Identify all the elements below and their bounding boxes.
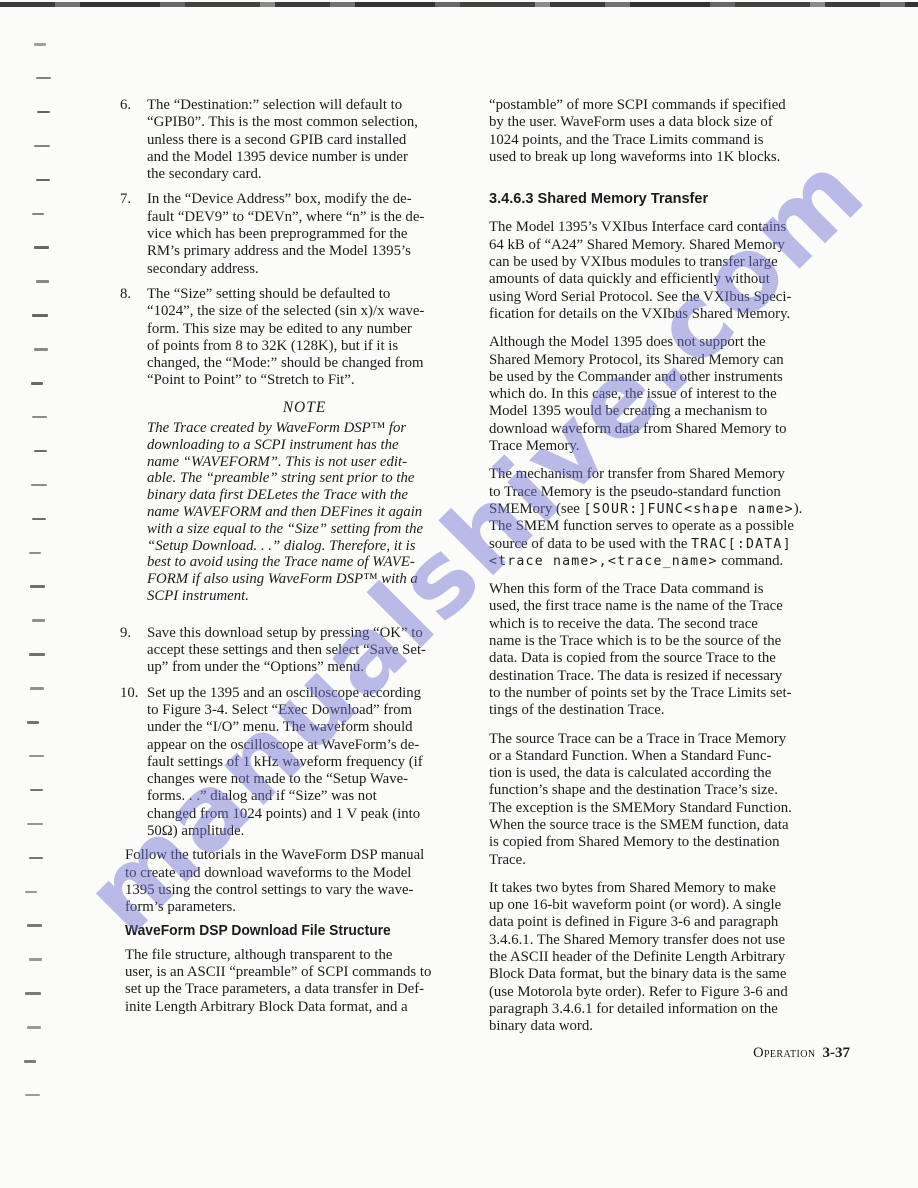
text-line: Shared Memory Protocol, its Shared Memor… bbox=[489, 352, 857, 369]
text-segment: forms. . .” dialog and if “Size” was not bbox=[147, 788, 377, 804]
list-item-text: The “Destination:” selection will defaul… bbox=[147, 97, 465, 183]
text-line: or a Standard Function. When a Standard … bbox=[489, 748, 857, 765]
scpi-code: <trace name>,<trace_name> bbox=[489, 554, 718, 569]
text-segment: “GPIB0”. This is the most common selecti… bbox=[147, 114, 418, 130]
text-segment: to Figure 3-4. Select “Exec Download” fr… bbox=[147, 702, 412, 718]
binding-mark bbox=[31, 484, 47, 487]
text-line: When this form of the Trace Data command… bbox=[489, 581, 857, 598]
text-segment: of points from 8 to 32K (128K), but if i… bbox=[147, 338, 398, 354]
binding-mark bbox=[25, 891, 37, 894]
text-line: Set up the 1395 and an oscilloscope acco… bbox=[147, 685, 465, 702]
text-segment: 64 kB of “A24” Shared Memory. Shared Mem… bbox=[489, 237, 785, 253]
text-line: the secondary card. bbox=[147, 166, 465, 183]
text-segment: used, the first trace name is the name o… bbox=[489, 598, 783, 614]
text-segment: amounts of data quickly and efficiently … bbox=[489, 271, 770, 287]
text-line: of points from 8 to 32K (128K), but if i… bbox=[147, 338, 465, 355]
binding-mark bbox=[34, 43, 46, 46]
text-line: download waveform data from Shared Memor… bbox=[489, 421, 857, 438]
text-segment: It takes two bytes from Shared Memory to… bbox=[489, 880, 776, 896]
paragraph: “postamble” of more SCPI commands if spe… bbox=[489, 97, 857, 166]
text-segment: fication for details on the VXIbus Share… bbox=[489, 306, 790, 322]
text-line: form. This size may be edited to any num… bbox=[147, 321, 465, 338]
text-line: Follow the tutorials in the WaveForm DSP… bbox=[125, 847, 465, 864]
text-line: 50Ω) amplitude. bbox=[147, 823, 465, 840]
paragraph: The mechanism for transfer from Shared M… bbox=[489, 466, 857, 570]
text-line: amounts of data quickly and efficiently … bbox=[489, 271, 857, 288]
text-line: The mechanism for transfer from Shared M… bbox=[489, 466, 857, 483]
text-line: appear on the oscilloscope at WaveForm’s… bbox=[147, 737, 465, 754]
text-line: The exception is the SMEMory Standard Fu… bbox=[489, 800, 857, 817]
text-line: which is to receive the data. The second… bbox=[489, 616, 857, 633]
text-line: best to avoid using the Trace name of WA… bbox=[147, 554, 465, 571]
text-segment: data. Data is copied from the source Tra… bbox=[489, 650, 776, 666]
text-line: function’s shape and the destination Tra… bbox=[489, 782, 857, 799]
text-segment: paragraph 3.4.6.1 for detailed informati… bbox=[489, 1001, 778, 1017]
list-item-number: 10. bbox=[120, 685, 147, 841]
list-item-number: 8. bbox=[120, 286, 147, 390]
text-segment: ). bbox=[794, 501, 803, 517]
left-column: 6.The “Destination:” selection will defa… bbox=[100, 97, 465, 1016]
text-segment: Trace. bbox=[489, 852, 526, 868]
text-segment: source of data to be used with the bbox=[489, 536, 691, 552]
binding-mark bbox=[27, 1026, 41, 1029]
text-line: be used by the Commander and other instr… bbox=[489, 369, 857, 386]
text-line: inite Length Arbitrary Block Data format… bbox=[125, 999, 465, 1016]
text-segment: Follow the tutorials in the WaveForm DSP… bbox=[125, 847, 424, 863]
text-line: fication for details on the VXIbus Share… bbox=[489, 306, 857, 323]
binding-mark bbox=[29, 552, 41, 555]
text-segment: the ASCII header of the Definite Length … bbox=[489, 949, 785, 965]
text-line: binary data first DELetes the Trace with… bbox=[147, 487, 465, 504]
text-segment: and the Model 1395 device number is unde… bbox=[147, 149, 408, 165]
text-segment: which is to receive the data. The second… bbox=[489, 616, 758, 632]
binding-mark bbox=[30, 585, 45, 588]
text-line: unless there is a second GPIB card insta… bbox=[147, 132, 465, 149]
text-line: 1395 using the control settings to vary … bbox=[125, 882, 465, 899]
text-segment: binary data first DELetes the Trace with… bbox=[147, 487, 408, 503]
scanned-manual-page: { "watermark": { "text": "manualshive.co… bbox=[0, 0, 918, 1188]
binding-mark bbox=[32, 518, 46, 521]
text-segment: The Trace created by WaveForm DSP™ for bbox=[147, 420, 406, 436]
paragraph: Follow the tutorials in the WaveForm DSP… bbox=[125, 847, 465, 916]
text-line: to Trace Memory is the pseudo-standard f… bbox=[489, 484, 857, 501]
text-line: form’s parameters. bbox=[125, 899, 465, 916]
text-line: which do. In this case, the issue of int… bbox=[489, 386, 857, 403]
text-line: with a size equal to the “Size” setting … bbox=[147, 521, 465, 538]
binding-mark bbox=[34, 348, 48, 351]
text-line: secondary address. bbox=[147, 261, 465, 278]
text-line: 1024 points, and the Trace Limits comman… bbox=[489, 132, 857, 149]
text-line: downloading to a SCPI instrument has the bbox=[147, 437, 465, 454]
text-segment: “1024”, the size of the selected (sin x)… bbox=[147, 303, 424, 319]
text-segment: “Setup Download. . .” dialog. Therefore,… bbox=[147, 538, 416, 554]
text-segment: Save this download setup by pressing “OK… bbox=[147, 625, 423, 641]
footer-section-label: Operation bbox=[753, 1045, 815, 1061]
list-item-text: In the “Device Address” box, modify the … bbox=[147, 191, 465, 277]
binding-mark bbox=[36, 280, 49, 283]
text-segment: Shared Memory Protocol, its Shared Memor… bbox=[489, 352, 784, 368]
text-segment: NOTE bbox=[283, 399, 327, 416]
text-segment: changes were not made to the “Setup Wave… bbox=[147, 771, 408, 787]
binding-mark bbox=[29, 857, 43, 860]
text-segment: to Trace Memory is the pseudo-standard f… bbox=[489, 484, 781, 500]
paragraph: The source Trace can be a Trace in Trace… bbox=[489, 731, 857, 869]
text-segment: The source Trace can be a Trace in Trace… bbox=[489, 731, 786, 747]
text-segment: Model 1395 would be creating a mechanism… bbox=[489, 403, 767, 419]
text-segment: appear on the oscilloscope at WaveForm’s… bbox=[147, 737, 419, 753]
text-line: RM’s primary address and the Model 1395’… bbox=[147, 243, 465, 260]
paragraph: When this form of the Trace Data command… bbox=[489, 581, 857, 719]
text-line: source of data to be used with the TRAC[… bbox=[489, 536, 857, 553]
text-line: set up the Trace parameters, a data tran… bbox=[125, 981, 465, 998]
section-heading: 3.4.6.3 Shared Memory Transfer bbox=[489, 190, 846, 207]
text-segment: The “Size” setting should be defaulted t… bbox=[147, 286, 390, 302]
list-item-number: 7. bbox=[120, 191, 147, 277]
text-segment: SMEMory (see bbox=[489, 501, 584, 517]
text-segment: using Word Serial Protocol. See the VXIb… bbox=[489, 289, 791, 305]
text-segment: secondary address. bbox=[147, 261, 259, 277]
text-line: 3.4.6.1. The Shared Memory transfer does… bbox=[489, 932, 857, 949]
text-line: under the “I/O” menu. The waveform shoul… bbox=[147, 719, 465, 736]
scpi-code: TRAC[:DATA] bbox=[691, 537, 792, 552]
scan-edge-line bbox=[0, 2, 918, 7]
text-line: Trace. bbox=[489, 852, 857, 869]
text-segment: destination Trace. The data is resized i… bbox=[489, 668, 782, 684]
text-segment: tion is used, the data is calculated acc… bbox=[489, 765, 771, 781]
text-segment: with a size equal to the “Size” setting … bbox=[147, 521, 423, 537]
text-line: 64 kB of “A24” Shared Memory. Shared Mem… bbox=[489, 237, 857, 254]
text-line: “1024”, the size of the selected (sin x)… bbox=[147, 303, 465, 320]
list-item: 8.The “Size” setting should be defaulted… bbox=[120, 286, 465, 390]
text-segment: changed from 1024 points) and 1 V peak (… bbox=[147, 806, 420, 822]
text-line: name WAVEFORM and then DEFines it again bbox=[147, 504, 465, 521]
text-segment: (use Motorola byte order). Refer to Figu… bbox=[489, 984, 788, 1000]
paragraph: Although the Model 1395 does not support… bbox=[489, 334, 857, 455]
text-segment: which do. In this case, the issue of int… bbox=[489, 386, 777, 402]
text-line: destination Trace. The data is resized i… bbox=[489, 668, 857, 685]
binding-mark bbox=[25, 992, 41, 995]
text-segment: be used by the Commander and other instr… bbox=[489, 369, 783, 385]
text-segment: function’s shape and the destination Tra… bbox=[489, 782, 778, 798]
text-segment: downloading to a SCPI instrument has the bbox=[147, 437, 399, 453]
text-line: 3.4.6.3 Shared Memory Transfer bbox=[489, 190, 846, 207]
text-line: vice which has been preprogrammed for th… bbox=[147, 226, 465, 243]
text-line: Trace Memory. bbox=[489, 438, 857, 455]
text-line: name is the Trace which is to be the sou… bbox=[489, 633, 857, 650]
text-segment: WaveForm DSP Download File Structure bbox=[125, 923, 391, 939]
text-line: The SMEM function serves to operate as a… bbox=[489, 518, 857, 535]
note-heading: NOTE bbox=[147, 399, 462, 416]
text-line: <trace name>,<trace_name> command. bbox=[489, 553, 857, 570]
text-line: able. The “preamble” string sent prior t… bbox=[147, 470, 465, 487]
text-segment: unless there is a second GPIB card insta… bbox=[147, 132, 406, 148]
text-line: Save this download setup by pressing “OK… bbox=[147, 625, 465, 642]
text-segment: Although the Model 1395 does not support… bbox=[489, 334, 766, 350]
right-column: “postamble” of more SCPI commands if spe… bbox=[489, 97, 857, 1036]
binding-mark bbox=[34, 450, 47, 453]
text-segment: command. bbox=[718, 553, 784, 569]
footer-page-number: 3-37 bbox=[823, 1045, 851, 1061]
list-item: 6.The “Destination:” selection will defa… bbox=[120, 97, 465, 183]
text-line: and the Model 1395 device number is unde… bbox=[147, 149, 465, 166]
text-segment: by the user. WaveForm uses a data block … bbox=[489, 114, 773, 130]
text-line: “GPIB0”. This is the most common selecti… bbox=[147, 114, 465, 131]
text-line: “Point to Point” to “Stretch to Fit”. bbox=[147, 372, 465, 389]
binding-mark bbox=[25, 1094, 40, 1097]
text-line: “postamble” of more SCPI commands if spe… bbox=[489, 97, 857, 114]
binding-mark bbox=[32, 314, 48, 317]
text-segment: vice which has been preprogrammed for th… bbox=[147, 226, 407, 242]
paragraph: The file structure, although transparent… bbox=[125, 947, 465, 1016]
list-item: 10.Set up the 1395 and an oscilloscope a… bbox=[120, 685, 465, 841]
binding-mark bbox=[27, 924, 42, 927]
binding-mark bbox=[32, 619, 45, 622]
binding-mark bbox=[31, 382, 43, 385]
binding-mark bbox=[27, 823, 43, 826]
text-segment: The SMEM function serves to operate as a… bbox=[489, 518, 794, 534]
text-segment: name is the Trace which is to be the sou… bbox=[489, 633, 781, 649]
text-segment: Block Data format, but the binary data i… bbox=[489, 966, 787, 982]
text-segment: fault “DEV9” to “DEVn”, where “n” is the… bbox=[147, 209, 424, 225]
text-line: The file structure, although transparent… bbox=[125, 947, 465, 964]
text-segment: inite Length Arbitrary Block Data format… bbox=[125, 999, 408, 1015]
text-line: changed from 1024 points) and 1 V peak (… bbox=[147, 806, 465, 823]
text-segment: “postamble” of more SCPI commands if spe… bbox=[489, 97, 786, 113]
text-segment: under the “I/O” menu. The waveform shoul… bbox=[147, 719, 413, 735]
text-line: to create and download waveforms to the … bbox=[125, 865, 465, 882]
text-segment: When the source trace is the SMEM functi… bbox=[489, 817, 789, 833]
text-segment: The “Destination:” selection will defaul… bbox=[147, 97, 402, 113]
note-text: The Trace created by WaveForm DSP™ fordo… bbox=[147, 420, 465, 605]
text-line: paragraph 3.4.6.1 for detailed informati… bbox=[489, 1001, 857, 1018]
binding-mark bbox=[30, 789, 43, 792]
text-line: The “Destination:” selection will defaul… bbox=[147, 97, 465, 114]
text-line: changes were not made to the “Setup Wave… bbox=[147, 771, 465, 788]
text-segment: able. The “preamble” string sent prior t… bbox=[147, 470, 414, 486]
text-segment: The file structure, although transparent… bbox=[125, 947, 393, 963]
text-line: used to break up long waveforms into 1K … bbox=[489, 149, 857, 166]
text-line: (use Motorola byte order). Refer to Figu… bbox=[489, 984, 857, 1001]
text-segment: fault settings of 1 kHz waveform frequen… bbox=[147, 754, 423, 770]
text-segment: used to break up long waveforms into 1K … bbox=[489, 149, 780, 165]
text-line: The “Size” setting should be defaulted t… bbox=[147, 286, 465, 303]
text-line: Block Data format, but the binary data i… bbox=[489, 966, 857, 983]
text-line: When the source trace is the SMEM functi… bbox=[489, 817, 857, 834]
text-line: Model 1395 would be creating a mechanism… bbox=[489, 403, 857, 420]
text-line: The source Trace can be a Trace in Trace… bbox=[489, 731, 857, 748]
text-segment: is copied from Shared Memory to the dest… bbox=[489, 834, 780, 850]
text-line: to the number of points set by the Trace… bbox=[489, 685, 857, 702]
list-item-text: Save this download setup by pressing “OK… bbox=[147, 625, 465, 677]
text-line: fault settings of 1 kHz waveform frequen… bbox=[147, 754, 465, 771]
text-line: The Trace created by WaveForm DSP™ for bbox=[147, 420, 465, 437]
text-segment: name “WAVEFORM”. This is not user edit- bbox=[147, 454, 407, 470]
text-segment: the secondary card. bbox=[147, 166, 262, 182]
text-segment: changed, the “Mode:” should be changed f… bbox=[147, 355, 424, 371]
binding-mark bbox=[32, 213, 44, 216]
text-line: Although the Model 1395 does not support… bbox=[489, 334, 857, 351]
text-segment: In the “Device Address” box, modify the … bbox=[147, 191, 412, 207]
text-segment: form. This size may be edited to any num… bbox=[147, 321, 412, 337]
text-segment: data point is defined in Figure 3-6 and … bbox=[489, 914, 778, 930]
text-segment: form’s parameters. bbox=[125, 899, 236, 915]
text-line: SCPI instrument. bbox=[147, 588, 465, 605]
binding-mark bbox=[34, 145, 50, 148]
binding-mark bbox=[37, 111, 50, 114]
text-segment: “Point to Point” to “Stretch to Fit”. bbox=[147, 372, 355, 388]
text-line: WaveForm DSP Download File Structure bbox=[125, 923, 448, 940]
text-segment: When this form of the Trace Data command… bbox=[489, 581, 764, 597]
text-segment: 1024 points, and the Trace Limits comman… bbox=[489, 132, 764, 148]
text-line: accept these settings and then select “S… bbox=[147, 642, 465, 659]
text-segment: or a Standard Function. When a Standard … bbox=[489, 748, 771, 764]
text-line: tion is used, the data is calculated acc… bbox=[489, 765, 857, 782]
text-line: using Word Serial Protocol. See the VXIb… bbox=[489, 289, 857, 306]
binding-mark bbox=[27, 721, 39, 724]
scpi-code: [SOUR:]FUNC<shape name> bbox=[584, 502, 794, 517]
text-line: The Model 1395’s VXIbus Interface card c… bbox=[489, 219, 857, 236]
text-line: used, the first trace name is the name o… bbox=[489, 598, 857, 615]
text-line: forms. . .” dialog and if “Size” was not bbox=[147, 788, 465, 805]
list-item: 7.In the “Device Address” box, modify th… bbox=[120, 191, 465, 277]
text-line: data. Data is copied from the source Tra… bbox=[489, 650, 857, 667]
text-line: NOTE bbox=[147, 399, 462, 416]
text-line: is copied from Shared Memory to the dest… bbox=[489, 834, 857, 851]
text-segment: to the number of points set by the Trace… bbox=[489, 685, 791, 701]
binding-mark bbox=[29, 653, 45, 656]
text-segment: up one 16-bit waveform point (or word). … bbox=[489, 897, 781, 913]
list-item: 9.Save this download setup by pressing “… bbox=[120, 625, 465, 677]
text-segment: Set up the 1395 and an oscilloscope acco… bbox=[147, 685, 421, 701]
text-segment: FORM if also using WaveForm DSP™ with a bbox=[147, 571, 418, 587]
text-segment: tings of the destination Trace. bbox=[489, 702, 665, 718]
text-line: changed, the “Mode:” should be changed f… bbox=[147, 355, 465, 372]
text-segment: can be used by VXIbus modules to transfe… bbox=[489, 254, 778, 270]
text-segment: to create and download waveforms to the … bbox=[125, 865, 411, 881]
text-segment: 1395 using the control settings to vary … bbox=[125, 882, 413, 898]
text-segment: The Model 1395’s VXIbus Interface card c… bbox=[489, 219, 786, 235]
binding-mark bbox=[29, 755, 44, 758]
text-segment: The mechanism for transfer from Shared M… bbox=[489, 466, 785, 482]
text-segment: up” from under the “Options” menu. bbox=[147, 659, 364, 675]
text-line: to Figure 3-4. Select “Exec Download” fr… bbox=[147, 702, 465, 719]
text-line: binary data word. bbox=[489, 1018, 857, 1035]
text-segment: 3.4.6.3 Shared Memory Transfer bbox=[489, 190, 708, 207]
text-line: SMEMory (see [SOUR:]FUNC<shape name>). bbox=[489, 501, 857, 518]
list-item-text: Set up the 1395 and an oscilloscope acco… bbox=[147, 685, 465, 841]
text-line: name “WAVEFORM”. This is not user edit- bbox=[147, 454, 465, 471]
text-line: up” from under the “Options” menu. bbox=[147, 659, 465, 676]
binding-mark bbox=[34, 246, 49, 249]
subsection-heading: WaveForm DSP Download File Structure bbox=[125, 923, 448, 940]
text-line: fault “DEV9” to “DEVn”, where “n” is the… bbox=[147, 209, 465, 226]
text-segment: name WAVEFORM and then DEFines it again bbox=[147, 504, 422, 520]
text-segment: Trace Memory. bbox=[489, 438, 580, 454]
paragraph: The Model 1395’s VXIbus Interface card c… bbox=[489, 219, 857, 323]
text-line: data point is defined in Figure 3-6 and … bbox=[489, 914, 857, 931]
list-item-text: The “Size” setting should be defaulted t… bbox=[147, 286, 465, 390]
text-segment: download waveform data from Shared Memor… bbox=[489, 421, 787, 437]
text-line: FORM if also using WaveForm DSP™ with a bbox=[147, 571, 465, 588]
text-segment: 50Ω) amplitude. bbox=[147, 823, 244, 839]
text-segment: set up the Trace parameters, a data tran… bbox=[125, 981, 424, 997]
text-line: by the user. WaveForm uses a data block … bbox=[489, 114, 857, 131]
binding-mark bbox=[36, 179, 50, 182]
text-segment: The exception is the SMEMory Standard Fu… bbox=[489, 800, 792, 816]
list-item-number: 9. bbox=[120, 625, 147, 677]
text-line: the ASCII header of the Definite Length … bbox=[489, 949, 857, 966]
binding-mark bbox=[29, 958, 42, 961]
text-segment: RM’s primary address and the Model 1395’… bbox=[147, 243, 411, 259]
text-line: It takes two bytes from Shared Memory to… bbox=[489, 880, 857, 897]
text-line: up one 16-bit waveform point (or word). … bbox=[489, 897, 857, 914]
text-segment: user, is an ASCII “preamble” of SCPI com… bbox=[125, 964, 431, 980]
binding-mark bbox=[30, 687, 44, 690]
list-item-number: 6. bbox=[120, 97, 147, 183]
text-line: “Setup Download. . .” dialog. Therefore,… bbox=[147, 538, 465, 555]
text-line: tings of the destination Trace. bbox=[489, 702, 857, 719]
text-segment: best to avoid using the Trace name of WA… bbox=[147, 554, 415, 570]
text-segment: 3.4.6.1. The Shared Memory transfer does… bbox=[489, 932, 785, 948]
text-segment: SCPI instrument. bbox=[147, 588, 249, 604]
text-line: In the “Device Address” box, modify the … bbox=[147, 191, 465, 208]
binding-mark bbox=[36, 77, 51, 80]
text-segment: binary data word. bbox=[489, 1018, 593, 1034]
binding-mark bbox=[32, 416, 47, 419]
binding-mark bbox=[24, 1060, 36, 1063]
page-footer: Operation3-37 bbox=[555, 1044, 850, 1062]
text-line: can be used by VXIbus modules to transfe… bbox=[489, 254, 857, 271]
text-line: user, is an ASCII “preamble” of SCPI com… bbox=[125, 964, 465, 981]
paragraph: It takes two bytes from Shared Memory to… bbox=[489, 880, 857, 1036]
text-segment: accept these settings and then select “S… bbox=[147, 642, 426, 658]
